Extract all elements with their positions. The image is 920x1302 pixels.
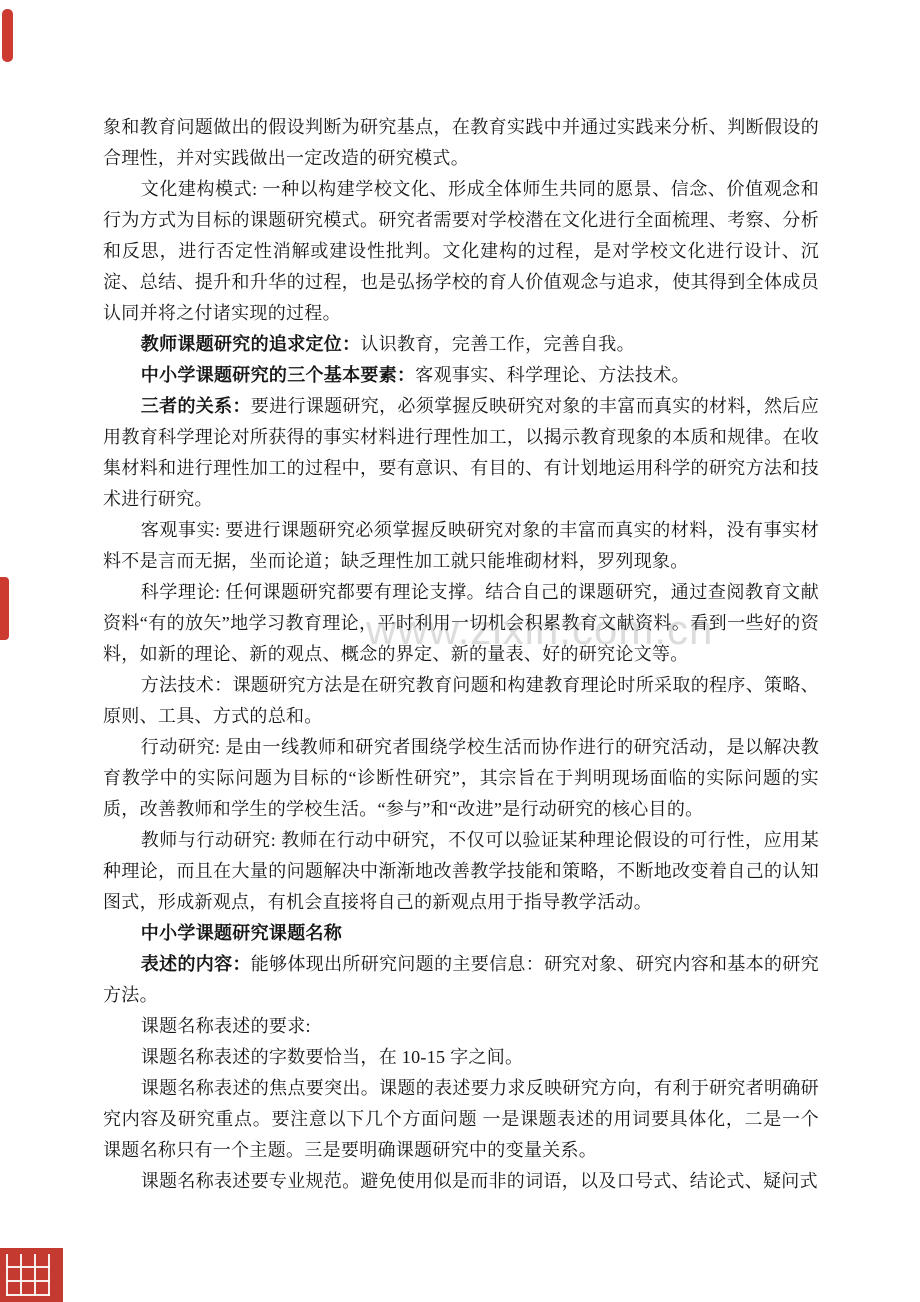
term-label: 三者的关系： <box>141 396 251 416</box>
paragraph-text: 课题名称表述的要求: <box>141 1016 311 1036</box>
text-paragraph: 课题名称表述的要求: <box>103 1011 819 1042</box>
text-paragraph: 科学理论: 任何课题研究都要有理论支撑。结合自己的课题研究，通过查阅教育文献资料… <box>103 577 819 670</box>
text-paragraph: 中小学课题研究的三个基本要素：客观事实、科学理论、方法技术。 <box>103 360 819 391</box>
term-label: 表述的内容： <box>141 954 251 974</box>
paragraph-text: 课题名称表述的字数要恰当，在 10-15 字之间。 <box>141 1047 524 1067</box>
text-paragraph: 教师课题研究的追求定位：认识教育，完善工作，完善自我。 <box>103 329 819 360</box>
term-label: 中小学课题研究的三个基本要素： <box>141 365 416 385</box>
red-ribbon-stamp-middle-left <box>0 577 9 640</box>
section-heading: 中小学课题研究课题名称 <box>103 918 819 949</box>
red-seal-stamp-bottom-left <box>0 1248 63 1302</box>
paragraph-text: 客观事实: 要进行课题研究必须掌握反映研究对象的丰富而真实的材料，没有事实材料不… <box>103 520 819 571</box>
text-paragraph: 课题名称表述的字数要恰当，在 10-15 字之间。 <box>103 1042 819 1073</box>
paragraph-text: 客观事实、科学理论、方法技术。 <box>415 365 690 385</box>
paragraph-text: 行动研究: 是由一线教师和研究者围绕学校生活而协作进行的研究活动，是以解决教育教… <box>103 737 819 819</box>
text-paragraph: 三者的关系：要进行课题研究，必须掌握反映研究对象的丰富而真实的材料，然后应用教育… <box>103 391 819 515</box>
paragraph-text: 认识教育，完善工作，完善自我。 <box>360 334 635 354</box>
paragraph-text: 科学理论: 任何课题研究都要有理论支撑。结合自己的课题研究，通过查阅教育文献资料… <box>103 582 819 664</box>
paragraph-text: 方法技术：课题研究方法是在研究教育问题和构建教育理论时所采取的程序、策略、原则、… <box>103 675 819 726</box>
paragraph-text: 课题名称表述的焦点要突出。课题的表述要力求反映研究方向，有利于研究者明确研究内容… <box>103 1078 819 1160</box>
red-ribbon-stamp-top-left <box>2 9 13 62</box>
text-paragraph: 行动研究: 是由一线教师和研究者围绕学校生活而协作进行的研究活动，是以解决教育教… <box>103 732 819 825</box>
text-paragraph: 客观事实: 要进行课题研究必须掌握反映研究对象的丰富而真实的材料，没有事实材料不… <box>103 515 819 577</box>
paragraph-text: 课题名称表述要专业规范。避免使用似是而非的词语，以及口号式、结论式、疑问式 <box>141 1171 818 1191</box>
text-paragraph: 象和教育问题做出的假设判断为研究基点，在教育实践中并通过实践来分析、判断假设的合… <box>103 112 819 174</box>
text-paragraph: 课题名称表述的焦点要突出。课题的表述要力求反映研究方向，有利于研究者明确研究内容… <box>103 1073 819 1166</box>
text-paragraph: 文化建构模式: 一种以构建学校文化、形成全体师生共同的愿景、信念、价值观念和行为… <box>103 174 819 329</box>
text-paragraph: 课题名称表述要专业规范。避免使用似是而非的词语，以及口号式、结论式、疑问式 <box>103 1166 819 1197</box>
term-label: 教师课题研究的追求定位： <box>141 334 361 354</box>
text-paragraph: 表述的内容：能够体现出所研究问题的主要信息：研究对象、研究内容和基本的研究方法。 <box>103 949 819 1011</box>
term-label: 中小学课题研究课题名称 <box>141 923 342 943</box>
paragraph-text: 象和教育问题做出的假设判断为研究基点，在教育实践中并通过实践来分析、判断假设的合… <box>103 117 819 168</box>
paragraph-text: 教师与行动研究: 教师在行动中研究，不仅可以验证某种理论假设的可行性，应用某种理… <box>103 830 819 912</box>
paragraph-text: 文化建构模式: 一种以构建学校文化、形成全体师生共同的愿景、信念、价值观念和行为… <box>103 179 819 323</box>
text-paragraph: 方法技术：课题研究方法是在研究教育问题和构建教育理论时所采取的程序、策略、原则、… <box>103 670 819 732</box>
text-paragraph: 教师与行动研究: 教师在行动中研究，不仅可以验证某种理论假设的可行性，应用某种理… <box>103 825 819 918</box>
document-page: 象和教育问题做出的假设判断为研究基点，在教育实践中并通过实践来分析、判断假设的合… <box>103 112 819 1197</box>
